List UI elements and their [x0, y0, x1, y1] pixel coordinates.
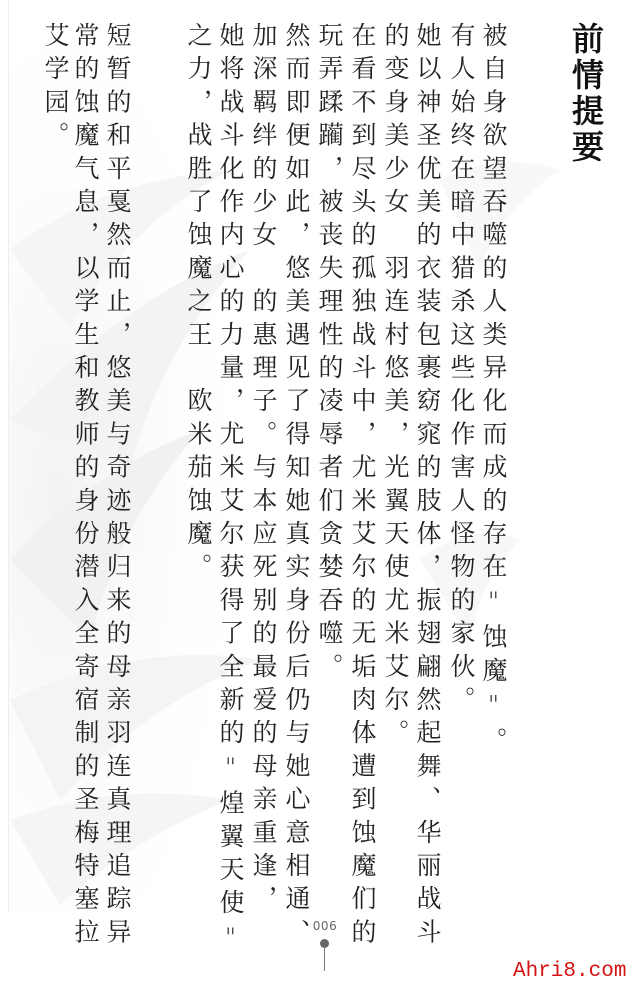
watermark: Ahri8.com — [513, 960, 626, 983]
text-column-12: 常的蚀魔气息，以学生和教师的身份潜入全寄宿制的圣梅特塞拉 — [70, 22, 100, 952]
text-column-3: 她以神圣优美的衣装包裹窈窕的肢体，振翅翩然起舞、华丽战斗 — [412, 22, 442, 952]
text-column-1: 被自身欲望吞噬的人类异化而成的存在"蚀魔"。 — [478, 22, 508, 760]
text-column-13: 艾学园。 — [40, 22, 70, 155]
text-column-10: 之力，战胜了蚀魔之王 欧米茄蚀魔。 — [183, 22, 213, 586]
text-column-8: 加深羁绊的少女 的惠理子。与本应死别的最爱的母亲重逢， — [248, 22, 278, 918]
page-marker-line — [324, 946, 325, 971]
text-column-6: 玩弄蹂躏，被丧失理性的凌辱者们贪婪吞噬。 — [314, 22, 344, 686]
text-column-9: 她将战斗化作内心的力量，尤米艾尔获得了全新的"煌翼天使" — [215, 22, 245, 960]
text-column-4: 的变身美少女 羽连村悠美，光翼天使尤米艾尔。 — [380, 22, 410, 752]
page-edge-line — [8, 0, 9, 912]
text-column-2: 有人始终在暗中猎杀这些化作害人怪物的家伙。 — [446, 22, 476, 719]
section-title: 前情提要 — [566, 22, 606, 166]
text-column-7: 然而即便如此，悠美遇见了得知她真实身份后仍与她心意相通、 — [281, 22, 311, 952]
page-number: 006 — [310, 919, 340, 933]
text-column-5: 在看不到尽头的孤独战斗中，尤米艾尔的无垢肉体遭到蚀魔们的 — [347, 22, 377, 952]
text-column-11: 短暂的和平戛然而止，悠美与奇迹般归来的母亲羽连真理追踪异 — [102, 22, 132, 952]
